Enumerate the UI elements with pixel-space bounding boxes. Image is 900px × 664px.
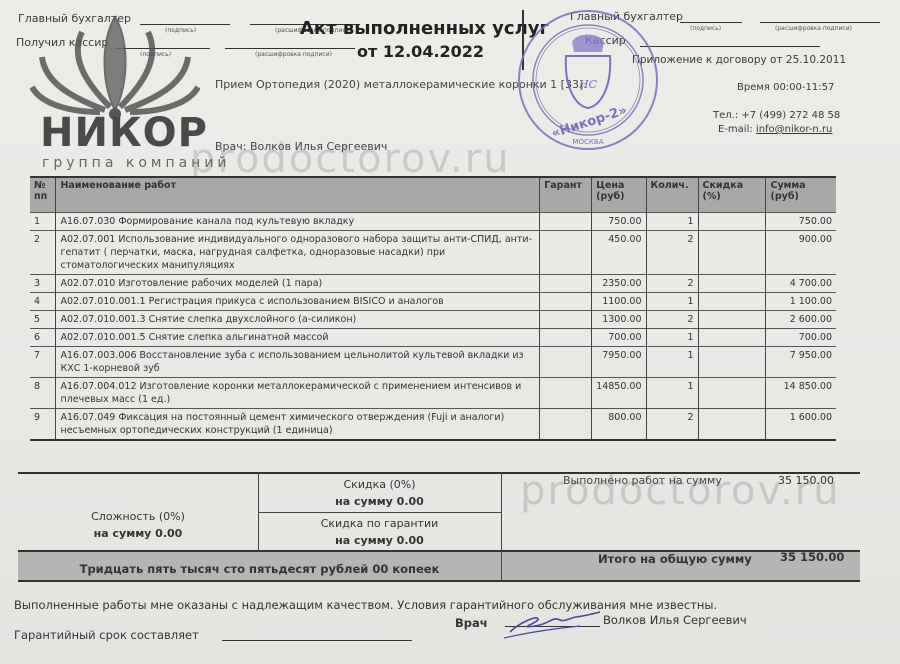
- row-sum: 1 100.00: [766, 293, 836, 311]
- row-price: 2350.00: [592, 275, 646, 293]
- row-number: 6: [30, 329, 56, 347]
- row-name: A02.07.001 Использование индивидуального…: [56, 231, 540, 275]
- row-discount: [698, 329, 766, 347]
- warranty-label: Гарантийный срок составляет: [14, 628, 199, 642]
- signature-caption: (подпись): [690, 25, 721, 32]
- row-discount: [698, 275, 766, 293]
- stamp-bottom-text: МОСКВА: [573, 138, 604, 146]
- row-discount: [698, 293, 766, 311]
- table-row: 8A16.07.004.012 Изготовление коронки мет…: [30, 378, 836, 409]
- logo-name: НИКОР: [40, 110, 208, 156]
- table-row: 3A02.07.010 Изготовление рабочих моделей…: [30, 275, 836, 293]
- signature-decode-line: [225, 48, 355, 49]
- total-in-words: Тридцать пять тысяч сто пятьдесят рублей…: [18, 562, 501, 576]
- row-guarantee: [540, 275, 592, 293]
- discount-block: Скидка (0%) на сумму 0.00: [258, 476, 501, 510]
- row-number: 2: [30, 231, 56, 275]
- table-row: 6A02.07.010.001.5 Снятие слепка альгинат…: [30, 329, 836, 347]
- complexity-label: Сложность (0%): [18, 508, 258, 525]
- row-name: A02.07.010.001.1 Регистрация прикуса с и…: [56, 293, 540, 311]
- row-guarantee: [540, 409, 592, 441]
- row-number: 5: [30, 311, 56, 329]
- row-name: A16.07.004.012 Изготовление коронки мета…: [56, 378, 540, 409]
- document-date: от 12.04.2022: [357, 42, 484, 61]
- col-qty: Колич.: [646, 177, 698, 213]
- document-page: Главный бухгалтер (подпись) (расшифровка…: [0, 0, 900, 664]
- complexity-block: Сложность (0%) на сумму 0.00: [18, 508, 258, 542]
- row-guarantee: [540, 293, 592, 311]
- row-price: 1300.00: [592, 311, 646, 329]
- row-guarantee: [540, 347, 592, 378]
- row-price: 800.00: [592, 409, 646, 441]
- row-guarantee: [540, 213, 592, 231]
- signature-line: [680, 22, 742, 23]
- row-number: 3: [30, 275, 56, 293]
- col-guarantee: Гарант: [540, 177, 592, 213]
- row-sum: 2 600.00: [766, 311, 836, 329]
- row-sum: 7 950.00: [766, 347, 836, 378]
- row-name: A16.07.049 Фиксация на постоянный цемент…: [56, 409, 540, 441]
- guarantee-discount-block: Скидка по гарантии на сумму 0.00: [258, 515, 501, 549]
- warranty-field-line[interactable]: [222, 640, 412, 641]
- row-qty: 1: [646, 329, 698, 347]
- table-row: 5A02.07.010.001.3 Снятие слепка двухслой…: [30, 311, 836, 329]
- col-discount: Скидка (%): [698, 177, 766, 213]
- divider: [501, 550, 502, 580]
- row-qty: 2: [646, 409, 698, 441]
- row-qty: 2: [646, 231, 698, 275]
- svg-text:НС: НС: [578, 78, 598, 91]
- services-table: № пп Наименование работ Гарант Цена (руб…: [30, 176, 836, 441]
- time-range: Время 00:00-11:57: [737, 82, 834, 93]
- divider: [258, 512, 501, 513]
- row-name: A02.07.010.001.3 Снятие слепка двухслойн…: [56, 311, 540, 329]
- row-discount: [698, 347, 766, 378]
- discount-sum: на сумму 0.00: [335, 495, 424, 508]
- row-name: A02.07.010.001.5 Снятие слепка альгинатн…: [56, 329, 540, 347]
- email-label: E-mail:: [718, 124, 753, 135]
- row-sum: 900.00: [766, 231, 836, 275]
- row-discount: [698, 231, 766, 275]
- quality-statement: Выполненные работы мне оказаны с надлежа…: [14, 598, 717, 612]
- summary-block: Сложность (0%) на сумму 0.00 Скидка (0%)…: [18, 472, 860, 580]
- row-price: 7950.00: [592, 347, 646, 378]
- row-qty: 1: [646, 213, 698, 231]
- row-qty: 2: [646, 311, 698, 329]
- phone: Тел.: +7 (499) 272 48 58: [713, 110, 840, 121]
- doctor-signature-label: Врач: [455, 616, 488, 630]
- divider: [18, 472, 860, 474]
- row-sum: 750.00: [766, 213, 836, 231]
- stamp-center-text: «Никор-2»: [550, 103, 629, 141]
- guarantee-discount-label: Скидка по гарантии: [258, 515, 501, 532]
- complexity-sum: на сумму 0.00: [94, 527, 183, 540]
- row-discount: [698, 409, 766, 441]
- signature-decode-caption: (расшифровка подписи): [255, 51, 332, 58]
- table-row: 2A02.07.001 Использование индивидуальног…: [30, 231, 836, 275]
- total-label: Итого на общую сумму: [598, 552, 752, 566]
- table-header-row: № пп Наименование работ Гарант Цена (руб…: [30, 177, 836, 213]
- row-number: 8: [30, 378, 56, 409]
- table-row: 7A16.07.003.006 Восстановление зуба с ис…: [30, 347, 836, 378]
- row-sum: 4 700.00: [766, 275, 836, 293]
- row-name: A02.07.010 Изготовление рабочих моделей …: [56, 275, 540, 293]
- total-value: 35 150.00: [780, 550, 844, 564]
- row-guarantee: [540, 378, 592, 409]
- row-guarantee: [540, 329, 592, 347]
- table-row: 4A02.07.010.001.1 Регистрация прикуса с …: [30, 293, 836, 311]
- row-sum: 14 850.00: [766, 378, 836, 409]
- row-number: 1: [30, 213, 56, 231]
- table-row: 1A16.07.030 Формирование канала под куль…: [30, 213, 836, 231]
- table-row: 9A16.07.049 Фиксация на постоянный цемен…: [30, 409, 836, 441]
- doctor-signature-name: Волков Илья Сергеевич: [603, 613, 747, 627]
- stamp-icon: НС «Никор-2» МОСКВА: [516, 8, 660, 152]
- guarantee-discount-sum: на сумму 0.00: [335, 534, 424, 547]
- row-guarantee: [540, 231, 592, 275]
- row-price: 14850.00: [592, 378, 646, 409]
- contract-note: Приложение к договору от 25.10.2011: [632, 54, 846, 66]
- row-price: 700.00: [592, 329, 646, 347]
- col-price: Цена (руб): [592, 177, 646, 213]
- row-number: 7: [30, 347, 56, 378]
- row-discount: [698, 213, 766, 231]
- row-discount: [698, 378, 766, 409]
- col-sum: Сумма (руб): [766, 177, 836, 213]
- works-done-value: 35 150.00: [778, 474, 834, 487]
- col-name: Наименование работ: [56, 177, 540, 213]
- signature-decode-caption: (расшифровка подписи): [775, 25, 852, 32]
- signature-decode-line: [760, 22, 880, 23]
- row-discount: [698, 311, 766, 329]
- page-title: Акт выполненных услуг: [300, 18, 549, 39]
- row-guarantee: [540, 311, 592, 329]
- works-done-label: Выполнено работ на сумму: [563, 474, 722, 487]
- row-qty: 1: [646, 293, 698, 311]
- discount-label: Скидка (0%): [258, 476, 501, 493]
- logo-leaves-icon: [30, 12, 200, 122]
- row-price: 450.00: [592, 231, 646, 275]
- row-price: 1100.00: [592, 293, 646, 311]
- signature-scribble-icon: [500, 602, 610, 642]
- email-line: E-mail: info@nikor-n.ru: [718, 124, 832, 135]
- row-sum: 1 600.00: [766, 409, 836, 441]
- row-sum: 700.00: [766, 329, 836, 347]
- col-number: № пп: [30, 177, 56, 213]
- row-number: 9: [30, 409, 56, 441]
- row-qty: 2: [646, 275, 698, 293]
- row-qty: 1: [646, 347, 698, 378]
- row-name: A16.07.030 Формирование канала под культ…: [56, 213, 540, 231]
- row-qty: 1: [646, 378, 698, 409]
- row-number: 4: [30, 293, 56, 311]
- email-link[interactable]: info@nikor-n.ru: [756, 124, 832, 135]
- row-price: 750.00: [592, 213, 646, 231]
- row-name: A16.07.003.006 Восстановление зуба с исп…: [56, 347, 540, 378]
- signature-decode-line: [690, 46, 820, 47]
